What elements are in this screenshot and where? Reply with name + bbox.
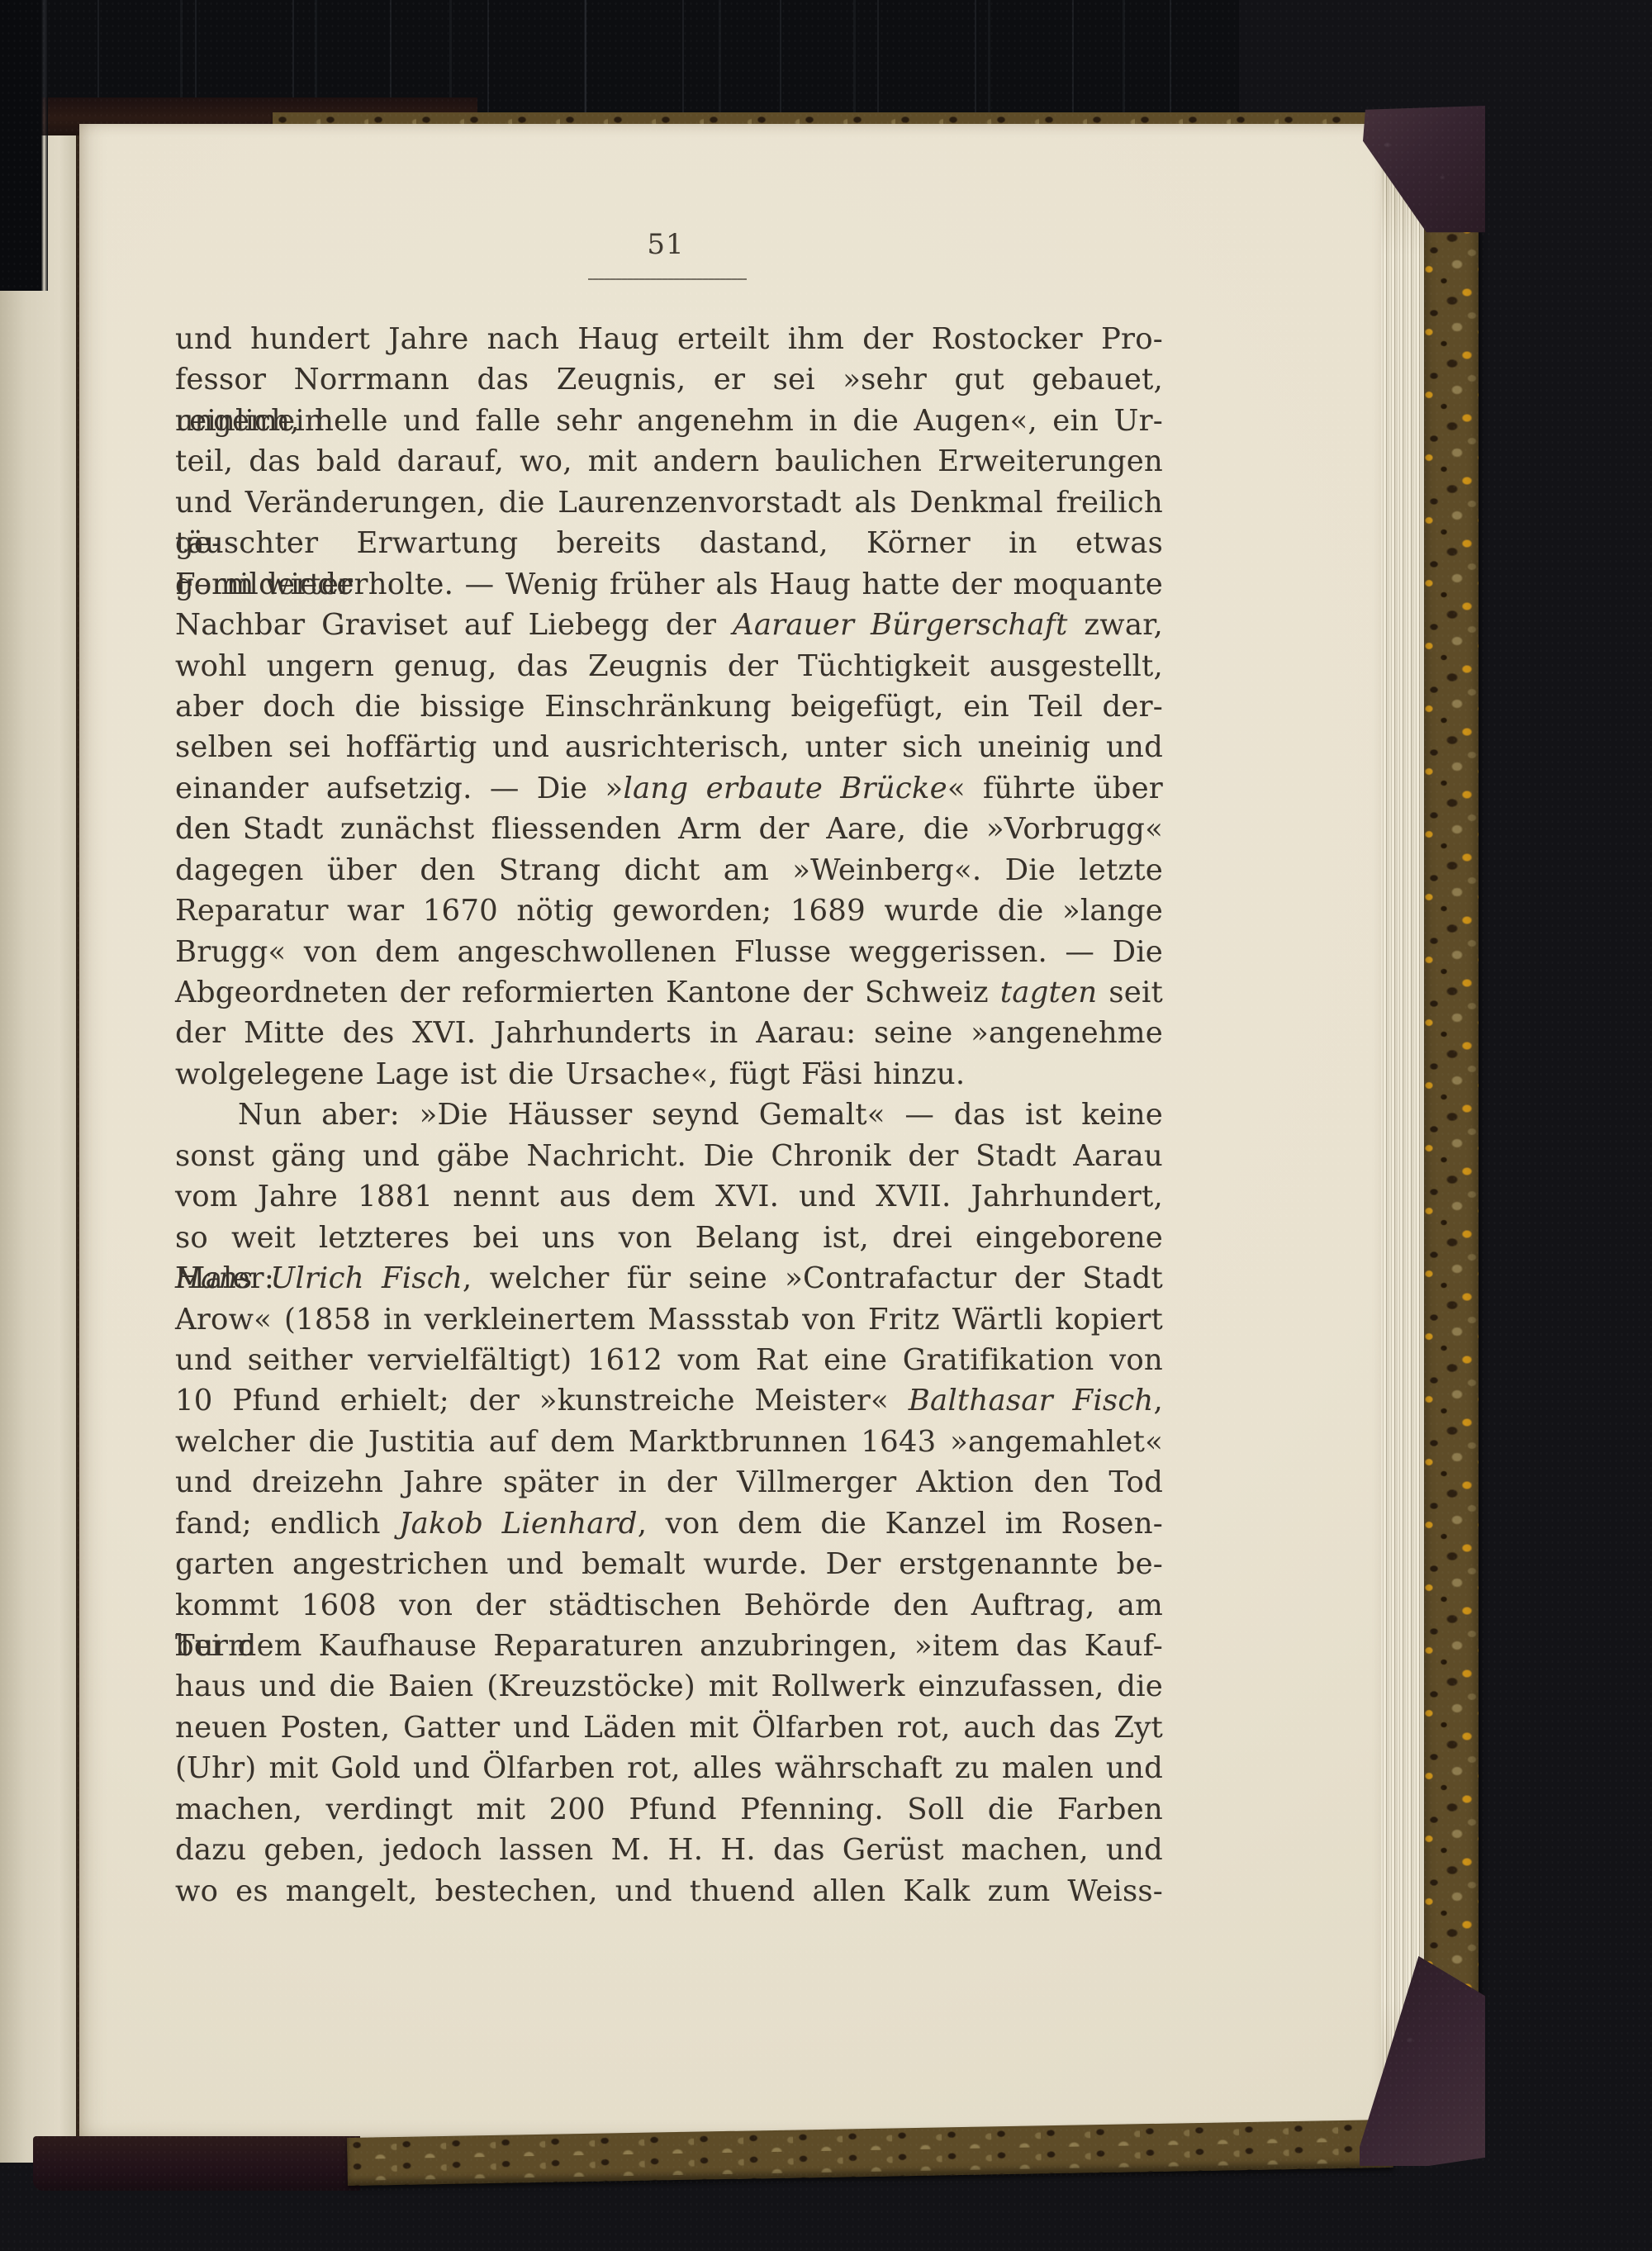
text-line-14: dagegen über den Strang dicht am »Weinbe… [175, 850, 1163, 890]
text-line-21: sonst gäng und gäbe Nachricht. Die Chron… [175, 1136, 1163, 1176]
text-line-26: und seither vervielfältigt) 1612 vom Rat… [175, 1340, 1163, 1380]
text-line-6: täuschter Erwartung bereits dastand, Kör… [175, 523, 1163, 563]
text-line-5: und Veränderungen, die Laurenzenvorstadt… [175, 482, 1163, 523]
text-line-13: der Stadt zunächst fliessenden Arm der A… [175, 809, 1163, 849]
text-line-2: fessor Norrmann das Zeugnis, er sei »seh… [175, 359, 1163, 400]
book-scan-viewport: { "page": { "number": "51", "language": … [0, 0, 1652, 2251]
flyleaf-edge [0, 121, 79, 2163]
text-line-15: Reparatur war 1670 nötig geworden; 1689 … [175, 890, 1163, 931]
cover-bottom-leather-edge [33, 2136, 360, 2191]
text-line-36: (Uhr) mit Gold und Ölfarben rot, alles w… [175, 1748, 1163, 1788]
text-line-23: so weit letzteres bei uns von Belang ist… [175, 1218, 1163, 1258]
page-edge-stack [1381, 137, 1424, 2120]
page-number-rule [588, 278, 747, 280]
text-line-19: wolgelegene Lage ist die Ursache«, fügt … [175, 1054, 1163, 1095]
text-line-12: einander aufsetzig. — Die »lang erbaute … [175, 768, 1163, 809]
text-line-24: Hans Ulrich Fisch, welcher für seine »Co… [175, 1258, 1163, 1299]
text-line-18: der Mitte des XVI. Jahrhunderts in Aarau… [175, 1013, 1163, 1053]
text-block: und hundert Jahre nach Haug erteilt ihm … [175, 319, 1163, 1911]
text-line-20: Nun aber: »Die Häusser seynd Gemalt« — d… [175, 1095, 1163, 1135]
text-line-7: Form wiederholte. — Wenig früher als Hau… [175, 564, 1163, 605]
text-line-31: garten angestrichen und bemalt wurde. De… [175, 1544, 1163, 1584]
text-line-35: neuen Posten, Gatter und Läden mit Ölfar… [175, 1707, 1163, 1748]
text-line-17: Abgeordneten der reformierten Kantone de… [175, 972, 1163, 1013]
text-line-30: fand; endlich Jakob Lienhard, von dem di… [175, 1503, 1163, 1544]
text-line-9: wohl ungern genug, das Zeugnis der Tücht… [175, 646, 1163, 686]
text-line-27: 10 Pfund erhielt; der »kunstreiche Meist… [175, 1380, 1163, 1421]
text-line-8: Nachbar Graviset auf Liebegg der Aarauer… [175, 605, 1163, 645]
text-line-1: und hundert Jahre nach Haug erteilt ihm … [175, 319, 1163, 359]
text-line-3: reinlich, helle und falle sehr angenehm … [175, 401, 1163, 441]
text-line-39: wo es mangelt, bestechen, und thuend all… [175, 1871, 1163, 1911]
text-line-38: dazu geben, jedoch lassen M. H. H. das G… [175, 1830, 1163, 1870]
marbled-endpaper [1424, 117, 1479, 2148]
text-line-33: bei dem Kaufhause Reparaturen anzubringe… [175, 1626, 1163, 1666]
text-line-32: kommt 1608 von der städtischen Behörde d… [175, 1585, 1163, 1626]
text-line-10: aber doch die bissige Einschränkung beig… [175, 686, 1163, 727]
text-line-29: und dreizehn Jahre später in der Villmer… [175, 1462, 1163, 1503]
text-line-34: haus und die Baien (Kreuzstöcke) mit Rol… [175, 1666, 1163, 1707]
text-line-4: teil, das bald darauf, wo, mit andern ba… [175, 441, 1163, 482]
text-line-37: machen, verdingt mit 200 Pfund Pfenning.… [175, 1789, 1163, 1830]
text-line-22: vom Jahre 1881 nennt aus dem XVI. und XV… [175, 1176, 1163, 1217]
text-line-11: selben sei hoffärtig und ausrichterisch,… [175, 727, 1163, 767]
text-line-16: Brugg« von dem angeschwollenen Flusse we… [175, 932, 1163, 972]
text-line-28: welcher die Justitia auf dem Marktbrunne… [175, 1422, 1163, 1462]
book-spine-left-edge [0, 0, 48, 291]
page-number: 51 [583, 228, 748, 261]
text-line-25: Arow« (1858 in verkleinertem Massstab vo… [175, 1299, 1163, 1340]
